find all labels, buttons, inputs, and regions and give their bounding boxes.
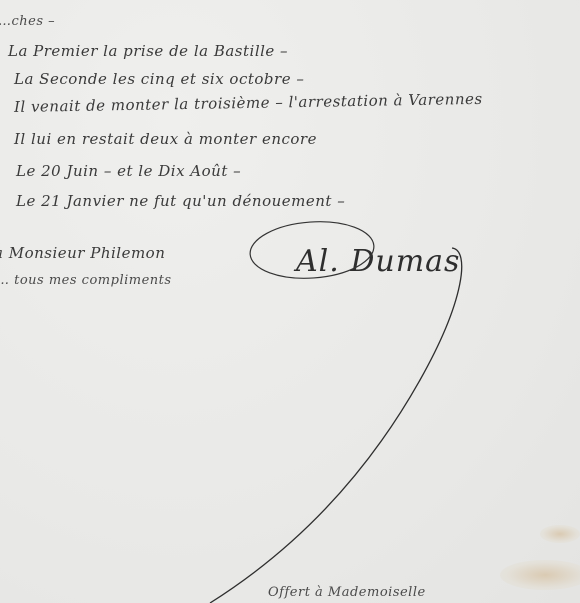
manuscript-page: …ches – La Premier la prise de la Bastil…	[0, 0, 580, 603]
signature-flourish	[0, 0, 580, 603]
dedication-note: Offert à Mademoiselle	[268, 585, 426, 600]
